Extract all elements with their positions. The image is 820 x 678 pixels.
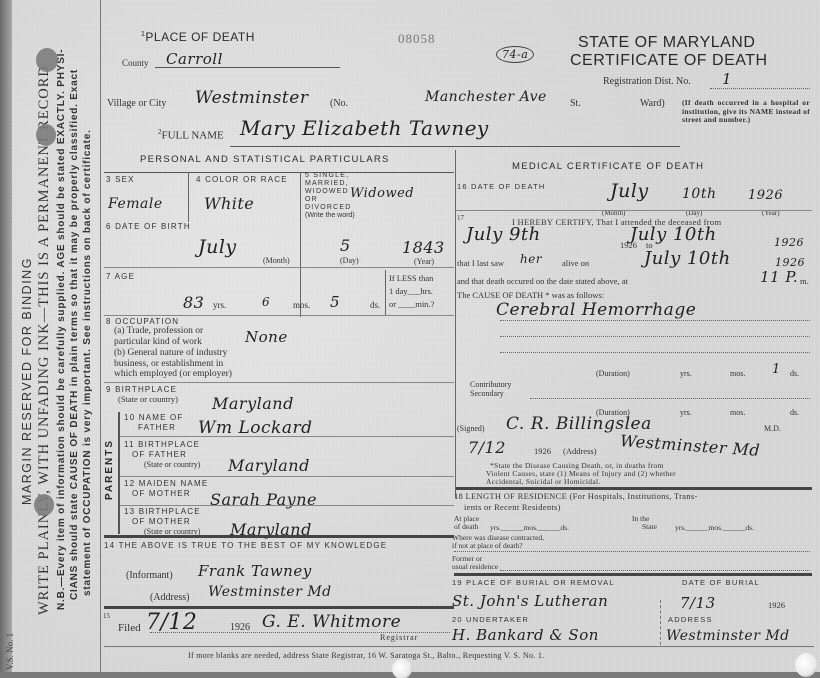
margin-instruction-3: statement of OCCUPATION is very importan…	[82, 129, 93, 596]
residence-heading: 18 LENGTH OF RESIDENCE (For Hospitals, I…	[454, 491, 698, 513]
city-label: Village or City	[107, 98, 166, 109]
residence-in-state-units: yrs.______mos.______ds.	[675, 523, 754, 532]
undertaker-address-value: Westminster Md	[666, 628, 790, 644]
form-code: V.S. No. 1	[5, 633, 15, 670]
cause-duration-yrs: yrs.	[680, 369, 692, 378]
dob-month-label: (Month)	[263, 256, 290, 265]
occupation-b-label: (b) General nature of industry business,…	[114, 348, 232, 380]
sex-label: 3 SEX	[106, 175, 135, 184]
burial-place-label: 19 PLACE OF BURIAL OR REMOVAL	[452, 578, 615, 587]
death-year-value: 1926	[748, 188, 783, 203]
death-certificate-scan: MARGIN RESERVED FOR BINDING WRITE PLAINL…	[0, 0, 820, 678]
burial-year: 1926	[768, 600, 785, 610]
registrar-signature: G. E. Whitmore	[262, 612, 401, 632]
burial-date-value: 7/13	[680, 594, 716, 612]
mother-name-label: 12 MAIDEN NAME OF MOTHER	[124, 479, 208, 499]
birthplace-label: 9 BIRTHPLACE	[106, 385, 177, 394]
marital-status-value: Widowed	[350, 186, 414, 201]
margin-binding-note: MARGIN RESERVED FOR BINDING	[20, 257, 34, 505]
ward-label: Ward)	[640, 98, 665, 109]
contributory-mos: mos.	[730, 408, 745, 417]
certificate-title: CERTIFICATE OF DEATH	[570, 52, 768, 70]
cause-duration-label: (Duration)	[596, 369, 630, 378]
attended-to-year: 1926	[774, 236, 804, 249]
county-value: Carroll	[166, 50, 223, 68]
parents-side-label: PARENTS	[104, 439, 115, 500]
residence-in-state-label: In the State	[632, 515, 657, 531]
informant-label: (Informant)	[126, 570, 173, 581]
registration-dist-label: Registration Dist. No.	[603, 76, 691, 87]
residence-at-place-units: yrs.______mos.______ds.	[490, 523, 569, 532]
undertaker-label: 20 UNDERTAKER	[452, 615, 529, 624]
scan-left-edge	[0, 0, 12, 678]
age-label: 7 AGE	[106, 272, 135, 281]
sex-value: Female	[108, 196, 163, 212]
cause-footnote: *State the Disease Causing Death, or, in…	[486, 462, 676, 486]
street-no-label: (No.	[330, 98, 348, 109]
cause-of-death-value: Cerebral Hemorrhage	[496, 300, 696, 320]
mother-birthplace-label: 13 BIRTHPLACE OF MOTHER (State or countr…	[124, 507, 201, 537]
father-name-label: 10 NAME OF FATHER	[124, 413, 184, 433]
death-day-value: 10th	[682, 186, 716, 202]
death-month-value: July	[610, 180, 649, 202]
age-years-value: 83	[183, 293, 204, 312]
street-label: St.	[570, 98, 581, 109]
contributory-ds: ds.	[790, 408, 799, 417]
death-occurred-text: and that death occured on the date state…	[457, 276, 628, 286]
cause-duration-mos: mos.	[730, 369, 745, 378]
footer-note: If more blanks are needed, address State…	[188, 651, 544, 660]
street-value: Manchester Ave	[425, 89, 547, 105]
signed-label: (Signed)	[457, 424, 485, 433]
certify-number: 17	[457, 214, 464, 222]
color-value: White	[204, 194, 254, 213]
residence-at-place-label: At place of death	[454, 515, 479, 531]
last-saw-pronoun: her	[520, 252, 542, 266]
attended-to-date: July 10th	[630, 224, 717, 245]
dob-day-value: 5	[340, 236, 351, 255]
dob-month-value: July	[198, 236, 237, 258]
ink-stain	[36, 124, 56, 146]
color-label: 4 COLOR OR RACE	[196, 175, 288, 184]
signed-year: 1926	[534, 446, 551, 456]
age-yrs-label: yrs.	[213, 300, 226, 310]
alive-on-label: alive on	[562, 258, 589, 268]
occupation-a-label: (a) Trade, profession or particular kind…	[114, 326, 203, 347]
column-divider	[455, 150, 456, 498]
undertaker-address-label: ADDRESS	[668, 615, 713, 624]
place-of-death-label: 1PLACE OF DEATH	[141, 30, 255, 44]
informant-heading: 14 THE ABOVE IS TRUE TO THE BEST OF MY K…	[104, 541, 387, 550]
informant-value: Frank Tawney	[198, 562, 312, 580]
father-birthplace-value: Maryland	[228, 456, 310, 475]
death-time-value: 11 P.	[760, 268, 798, 286]
birthplace-sub-label: (State or country)	[118, 394, 178, 404]
registration-dist-value: 1	[722, 70, 732, 88]
birthplace-value: Maryland	[212, 394, 294, 413]
filed-label: Filed	[118, 622, 141, 634]
filed-number: 15	[103, 612, 110, 620]
disease-contracted-label: Where was disease contracted, if not at …	[452, 534, 544, 550]
dob-year-label: (Year)	[414, 257, 434, 266]
hospital-note: (If death occurred in a hospital or inst…	[682, 99, 810, 125]
occupation-value: None	[245, 328, 288, 346]
informant-address-value: Westminster Md	[208, 584, 332, 600]
attended-from-date: July 9th	[466, 224, 541, 245]
punch-hole	[795, 653, 817, 677]
less-than-day-note: If LESS than 1 day___hrs. or ____min.?	[389, 272, 434, 311]
state-title: STATE OF MARYLAND	[578, 34, 755, 52]
last-saw-label: that I last saw	[457, 258, 504, 268]
ink-stain	[36, 48, 58, 72]
cause-label: The CAUSE OF DEATH * was as follows:	[457, 290, 604, 300]
full-name-label: 2FULL NAME	[158, 128, 224, 142]
death-time-m-label: m.	[800, 276, 809, 286]
father-birthplace-label: 11 BIRTHPLACE OF FATHER (State or countr…	[124, 440, 200, 470]
margin-ink-note: WRITE PLAINLY, WITH UNFADING INK—THIS IS…	[36, 65, 53, 615]
city-value: Westminster	[195, 88, 308, 108]
punch-hole	[392, 659, 412, 678]
burial-date-label: DATE OF BURIAL	[682, 578, 760, 587]
informant-address-label: (Address)	[150, 592, 189, 603]
stamp-number: 74-a	[496, 46, 534, 63]
occupation-label: 8 OCCUPATION	[106, 317, 179, 326]
contributory-label: Contributory Secondary	[470, 380, 511, 398]
registrar-label: Registrar	[380, 633, 418, 642]
last-saw-date: July 10th	[644, 248, 731, 269]
margin-instruction-2: CIANS should state CAUSE OF DEATH in pla…	[69, 69, 80, 600]
date-of-death-label: 16 DATE OF DEATH	[457, 182, 546, 191]
margin-instruction-1: N.B.—Every item of information should be…	[56, 49, 67, 610]
full-name-value: Mary Elizabeth Tawney	[240, 116, 489, 140]
cause-duration-days: 1	[772, 362, 781, 377]
dob-day-label: (Day)	[340, 256, 359, 265]
physician-address-label: (Address)	[563, 446, 597, 456]
physician-address-value: Westminster Md	[620, 431, 761, 460]
form-left-border	[100, 0, 101, 678]
burial-place-value: St. John's Lutheran	[452, 592, 608, 610]
age-mos-label: mos.	[293, 300, 310, 310]
ink-stain	[34, 494, 54, 516]
former-residence-label: Former or usual residence	[452, 555, 498, 571]
dob-year-value: 1843	[402, 238, 445, 257]
md-label: M.D.	[764, 424, 781, 433]
county-label: County	[122, 58, 149, 68]
file-number: 08058	[398, 31, 436, 47]
signed-date: 7/12	[468, 438, 506, 457]
personal-section-title: PERSONAL AND STATISTICAL PARTICULARS	[140, 154, 390, 165]
medical-section-title: MEDICAL CERTIFICATE OF DEATH	[512, 161, 704, 172]
cause-duration-ds: ds.	[790, 369, 799, 378]
father-name-value: Wm Lockard	[198, 418, 313, 438]
contributory-yrs: yrs.	[680, 408, 692, 417]
age-months-value: 6	[262, 295, 270, 309]
age-ds-label: ds.	[370, 300, 380, 310]
undertaker-value: H. Bankard & Son	[452, 626, 599, 644]
dob-label: 6 DATE OF BIRTH	[106, 222, 191, 231]
mother-name-value: Sarah Payne	[210, 490, 317, 509]
age-days-value: 5	[330, 293, 340, 311]
